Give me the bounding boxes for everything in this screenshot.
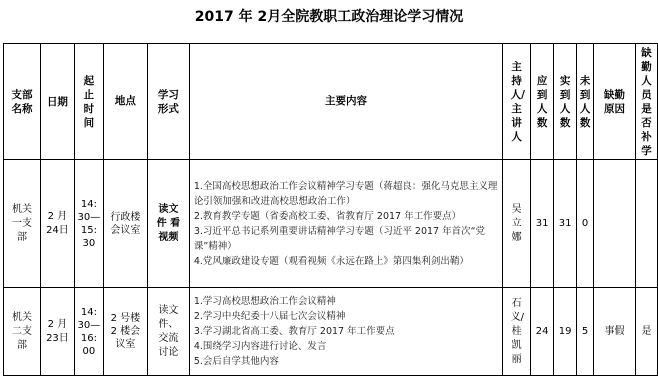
cell-host: 吴立娜 bbox=[503, 160, 531, 288]
page-title: 2017 年 2月全院教职工政治理论学习情况 bbox=[0, 6, 658, 26]
cell-expected: 24 bbox=[531, 288, 554, 376]
cell-absence-reason: 事假 bbox=[594, 288, 636, 376]
cell-content: 1.全国高校思想政治工作会议精神学习专题（蒋超良：强化马克思主义理论引领加强和改… bbox=[189, 160, 502, 288]
header-expected: 应到人数 bbox=[531, 44, 554, 160]
header-format: 学习形式 bbox=[147, 44, 189, 160]
cell-absent: 5 bbox=[577, 288, 594, 376]
cell-absent: 0 bbox=[577, 160, 594, 288]
cell-location: 行政楼会议室 bbox=[103, 160, 147, 288]
table-row: 机关一支部 2 月 24日 14: 30— 15: 30 行政楼会议室 读文件 … bbox=[4, 160, 658, 288]
cell-time: 14: 30— 15: 30 bbox=[74, 160, 103, 288]
header-time: 起止时间 bbox=[74, 44, 103, 160]
cell-format: 读文件 看视频 bbox=[147, 160, 189, 288]
header-absence-reason: 缺勤原因 bbox=[594, 44, 636, 160]
cell-actual: 31 bbox=[554, 160, 577, 288]
cell-makeup: 是 bbox=[635, 288, 657, 376]
cell-format: 读文件、交流讨论 bbox=[147, 288, 189, 376]
cell-time: 14: 30— 16: 00 bbox=[74, 288, 103, 376]
header-host: 主持人/主讲人 bbox=[503, 44, 531, 160]
cell-branch: 机关二支部 bbox=[4, 288, 41, 376]
cell-absence-reason bbox=[594, 160, 636, 288]
cell-branch: 机关一支部 bbox=[4, 160, 41, 288]
cell-makeup bbox=[635, 160, 657, 288]
header-date: 日期 bbox=[40, 44, 74, 160]
cell-date: 2 月 24日 bbox=[40, 160, 74, 288]
cell-location: 2 号楼 2 楼会议室 bbox=[103, 288, 147, 376]
cell-expected: 31 bbox=[531, 160, 554, 288]
content-item: 3.学习湖北省高工委、教育厅 2017 年工作要点 bbox=[194, 324, 498, 339]
header-actual: 实到人数 bbox=[554, 44, 577, 160]
content-item: 4.围绕学习内容进行讨论、发言 bbox=[194, 339, 498, 354]
content-item: 5.会后自学其他内容 bbox=[194, 354, 498, 369]
header-content: 主要内容 bbox=[189, 44, 502, 160]
content-item: 1.全国高校思想政治工作会议精神学习专题（蒋超良：强化马克思主义理论引领加强和改… bbox=[194, 179, 498, 209]
cell-actual: 19 bbox=[554, 288, 577, 376]
header-branch: 支部名称 bbox=[4, 44, 41, 160]
content-item: 4.党风廉政建设专题（观看视频《永远在路上》第四集利剑出鞘） bbox=[194, 254, 498, 269]
cell-host: 石义/桂凯丽 bbox=[503, 288, 531, 376]
content-item: 2.教育教学专题（省委高校工委、省教育厅 2017 年工作要点） bbox=[194, 209, 498, 224]
header-absent: 未到人数 bbox=[577, 44, 594, 160]
content-item: 1.学习高校思想政治工作会议精神 bbox=[194, 294, 498, 309]
study-report-table: 支部名称 日期 起止时间 地点 学习形式 主要内容 主持人/主讲人 应到人数 实… bbox=[3, 43, 658, 376]
cell-content: 1.学习高校思想政治工作会议精神 2.学习中央纪委十八届七次会议精神 3.学习湖… bbox=[189, 288, 502, 376]
header-row: 支部名称 日期 起止时间 地点 学习形式 主要内容 主持人/主讲人 应到人数 实… bbox=[4, 44, 658, 160]
table-row: 机关二支部 2 月 23日 14: 30— 16: 00 2 号楼 2 楼会议室… bbox=[4, 288, 658, 376]
content-item: 2.学习中央纪委十八届七次会议精神 bbox=[194, 309, 498, 324]
header-makeup: 缺勤人员是否补学 bbox=[635, 44, 657, 160]
cell-date: 2 月 23日 bbox=[40, 288, 74, 376]
content-item: 3.习近平总书记系列重要讲话精神学习专题（习近平 2017 年首次“党课”精神） bbox=[194, 224, 498, 254]
header-location: 地点 bbox=[103, 44, 147, 160]
